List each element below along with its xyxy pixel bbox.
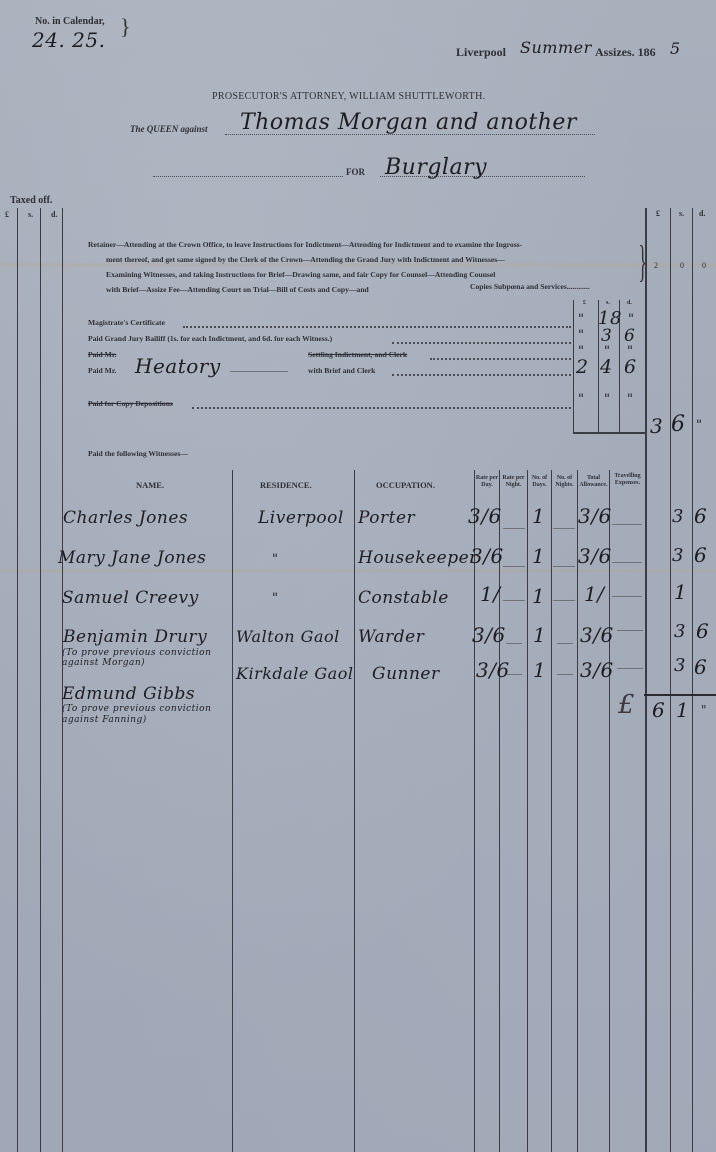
witness-occupation: Housekeeper xyxy=(358,548,478,568)
calendar-label: No. in Calendar, xyxy=(35,16,105,27)
witness-name: Mary Jane Jones xyxy=(58,548,206,568)
fees-rule-left xyxy=(573,300,574,433)
rule-total-left xyxy=(645,208,647,1152)
fee-brief-right-label: with Brief and Clerk xyxy=(308,366,375,375)
witness-total: 3/6 xyxy=(580,658,614,682)
witness-total: 3/6 xyxy=(578,504,612,528)
fee-brief-pounds: 2 xyxy=(576,356,589,378)
fees-pounds-header: £ xyxy=(583,300,586,307)
pen-dash xyxy=(557,643,573,644)
col-header-rate-night: Rate per Night. xyxy=(500,475,527,489)
retainer-line-1: Retainer—Attending at the Crown Office, … xyxy=(88,237,633,252)
for-label: FOR xyxy=(346,167,365,177)
fees-subtotal-pence: " xyxy=(696,418,702,433)
witness-rate-day: 1/ xyxy=(480,582,500,606)
pen-dash xyxy=(506,643,522,644)
taxed-off-label: Taxed off. xyxy=(10,195,52,206)
witness-total-pence: 6 xyxy=(696,619,709,643)
total-shillings-header: s. xyxy=(679,209,684,218)
retainer-copies-line: Copies Subpœna and Services............ xyxy=(470,282,590,291)
grand-total-pence: 1 xyxy=(676,698,689,722)
pen-dash xyxy=(557,674,573,675)
offence-line-left xyxy=(153,176,343,177)
pen-dash xyxy=(612,562,642,563)
retainer-line-3: Examining Witnesses, and taking Instruct… xyxy=(88,267,633,282)
rule-total-travel xyxy=(609,470,610,1152)
pen-dash xyxy=(612,524,642,525)
witness-total: 3/6 xyxy=(578,544,612,568)
fee-leader xyxy=(430,358,571,360)
retainer-amount-shillings: 0 xyxy=(680,261,684,270)
col-header-occupation: OCCUPATION. xyxy=(376,480,435,490)
witness-name: Benjamin Drury xyxy=(63,627,207,647)
retainer-line-2: ment thereof, and get same signed by the… xyxy=(88,252,633,267)
calendar-brace: } xyxy=(120,14,131,40)
rule-days-nights xyxy=(551,470,552,1152)
witness-occupation: Porter xyxy=(358,508,415,528)
witness-total: 3/6 xyxy=(580,623,614,647)
witness-total-pence: 6 xyxy=(694,543,707,567)
fees-shillings-header: s. xyxy=(606,300,610,307)
grand-total-pound-sign: £ xyxy=(618,690,635,720)
witness-occupation: Constable xyxy=(358,588,449,608)
witness-residence: " xyxy=(272,591,278,606)
calendar-number: 24. 25. xyxy=(32,28,105,52)
col-header-travelling: Travelling Expenses. xyxy=(610,473,645,487)
pen-dash xyxy=(612,596,642,597)
fee-bailiff-shillings: 3 xyxy=(601,326,612,346)
rule-rateday-ratenight xyxy=(499,470,500,1152)
witness-total-shillings: 3 xyxy=(674,655,686,676)
witness-name: Samuel Creevy xyxy=(62,588,199,608)
fee-bailiff-pence: 6 xyxy=(624,326,635,346)
rule-nights-total xyxy=(577,470,578,1152)
grand-total-mark: " xyxy=(701,703,707,717)
rule-residence-occupation xyxy=(354,470,355,1152)
witness-rate-day: 3/6 xyxy=(470,544,504,568)
rule-name-residence xyxy=(232,470,233,1152)
witness-days: 1 xyxy=(532,504,545,528)
prosecutor-attorney: PROSECUTOR'S ATTORNEY, WILLIAM SHUTTLEWO… xyxy=(212,91,485,102)
witness-residence: Walton Gaol xyxy=(236,627,340,646)
taxed-off-pounds-header: £ xyxy=(5,210,9,219)
witness-rate-day: 3/6 xyxy=(476,658,510,682)
fee-settling-label: Paid Mr. xyxy=(88,350,116,359)
witness-name: Edmund Gibbs xyxy=(62,684,195,704)
assizes-session: Summer xyxy=(520,38,592,57)
col-header-total-allowance: Total Allowance. xyxy=(578,475,609,489)
rule-taxed-pounds xyxy=(17,208,18,1152)
col-header-rate-day: Rate per Day. xyxy=(475,475,499,489)
total-pounds-header: £ xyxy=(656,209,660,218)
fee-brief-pence: 6 xyxy=(624,356,637,378)
witness-total-pence: 6 xyxy=(694,504,707,528)
assizes-year: 5 xyxy=(670,39,681,58)
witness-residence: " xyxy=(272,552,278,567)
rule-ratenight-days xyxy=(527,470,528,1152)
pen-dash xyxy=(553,600,575,601)
col-header-residence: RESIDENCE. xyxy=(260,480,312,490)
witness-name: Charles Jones xyxy=(63,508,188,528)
bill-of-costs-page: No. in Calendar, } 24. 25. Liverpool Sum… xyxy=(0,0,716,1152)
rule-total-pence xyxy=(692,208,693,1152)
witness-residence: Kirkdale Gaol xyxy=(236,664,353,683)
rule-taxed-pence xyxy=(62,208,63,1152)
grand-total-shillings: 6 xyxy=(652,698,665,722)
witness-total-shillings: 3 xyxy=(672,545,684,566)
pen-dash xyxy=(503,600,525,601)
fee-leader xyxy=(192,407,571,409)
witness-occupation: Warder xyxy=(358,627,424,647)
fees-subtotal-shillings: 6 xyxy=(671,412,686,437)
retainer-amount-pounds: 2 xyxy=(654,261,658,270)
fee-settling-right-label: Settling Indictment, and Clerk xyxy=(308,350,407,359)
fees-subtotal-pounds: 3 xyxy=(650,414,663,438)
rule-occupation-rateday xyxy=(474,470,475,1152)
pen-stroke xyxy=(230,371,288,372)
fee-copy-pounds: " xyxy=(578,392,584,407)
col-header-nights: No. of Nights. xyxy=(552,475,577,489)
defendants: Thomas Morgan and another xyxy=(240,110,577,135)
fees-rule-bottom xyxy=(573,432,645,434)
rule-taxed-shillings xyxy=(40,208,41,1152)
witness-residence: Liverpool xyxy=(258,508,344,528)
witness-total-shillings: 3 xyxy=(674,621,686,642)
pen-dash xyxy=(553,566,575,567)
fee-magistrate-pounds: " xyxy=(578,312,584,327)
retainer-brace: } xyxy=(638,232,646,292)
fee-bailiff-label: Paid Grand Jury Bailiff (1s. for each In… xyxy=(88,334,332,343)
pen-dash xyxy=(503,566,525,567)
fees-pence-header: d. xyxy=(627,300,632,307)
taxed-off-pence-header: d. xyxy=(51,210,57,219)
assizes-place: Liverpool xyxy=(456,45,506,60)
witness-days: 1 xyxy=(533,623,546,647)
total-pence-header: d. xyxy=(699,209,705,218)
fee-copy-shillings: " xyxy=(604,392,610,407)
pen-dash xyxy=(503,528,525,529)
fee-leader xyxy=(183,326,571,328)
fee-copy-pence: " xyxy=(627,392,633,407)
witness-note: (To prove previous conviction against Fa… xyxy=(62,704,232,726)
pen-dash xyxy=(617,668,643,669)
fee-leader xyxy=(392,374,571,376)
fee-leader xyxy=(392,342,571,344)
col-header-days: No. of Days. xyxy=(528,475,551,489)
witness-occupation: Gunner xyxy=(372,664,440,684)
grand-total-rule xyxy=(644,694,716,696)
witness-note: (To prove previous conviction against Mo… xyxy=(62,648,232,668)
pen-dash xyxy=(506,674,522,675)
witness-days: 1 xyxy=(532,584,545,608)
fee-magistrate-pence: " xyxy=(628,312,634,327)
taxed-off-shillings-header: s. xyxy=(28,210,33,219)
witness-days: 1 xyxy=(533,658,546,682)
witness-total-shillings: 3 xyxy=(672,506,684,527)
queen-against-label: The QUEEN against xyxy=(130,124,208,134)
fee-brief-label: Paid Mr. xyxy=(88,366,116,375)
rule-total-shillings xyxy=(670,208,671,1152)
witness-rate-day: 3/6 xyxy=(468,504,502,528)
witness-total: 1/ xyxy=(584,582,604,606)
assizes-label: Assizes. 186 xyxy=(595,45,656,60)
offence: Burglary xyxy=(385,155,487,180)
fee-brief-shillings: 4 xyxy=(600,356,613,378)
witness-total-pence: 6 xyxy=(694,655,707,679)
witness-total-shillings: 1 xyxy=(674,580,687,604)
pen-dash xyxy=(553,528,575,529)
col-header-name: NAME. xyxy=(136,480,164,490)
pen-dash xyxy=(617,630,643,631)
fee-brief-payee: Heatory xyxy=(135,354,221,378)
fee-copy-depositions-label: Paid for Copy Depositions xyxy=(88,399,173,408)
retainer-amount-pence: 0 xyxy=(702,261,706,270)
witness-rate-day: 3/6 xyxy=(472,623,506,647)
fee-magistrate-label: Magistrate's Certificate xyxy=(88,318,165,327)
fee-bailiff-pounds: " xyxy=(578,328,584,343)
witnesses-intro: Paid the following Witnesses— xyxy=(88,449,188,458)
witness-days: 1 xyxy=(532,544,545,568)
